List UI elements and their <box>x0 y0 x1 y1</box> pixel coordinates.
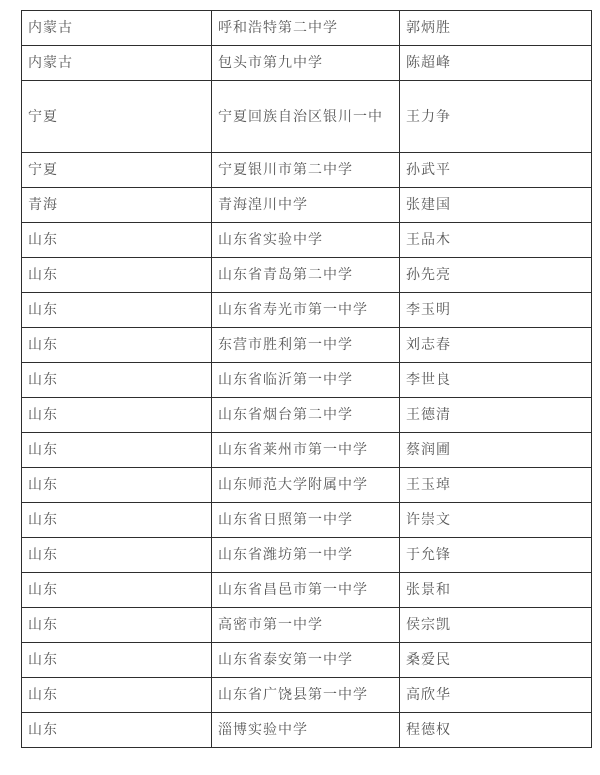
table-row: 山东 东营市胜利第一中学 刘志春 <box>22 328 592 363</box>
name-cell: 王玉琸 <box>400 468 592 503</box>
table-row: 山东 山东省寿光市第一中学 李玉明 <box>22 293 592 328</box>
table-row: 山东 山东省潍坊第一中学 于允锋 <box>22 538 592 573</box>
name-cell: 许崇文 <box>400 503 592 538</box>
province-cell: 内蒙古 <box>22 46 212 81</box>
table-row: 山东 山东省日照第一中学 许崇文 <box>22 503 592 538</box>
school-cell: 山东省寿光市第一中学 <box>212 293 400 328</box>
table-row: 宁夏 宁夏银川市第二中学 孙武平 <box>22 153 592 188</box>
name-cell: 蔡润圃 <box>400 433 592 468</box>
name-cell: 郭炳胜 <box>400 11 592 46</box>
province-cell: 山东 <box>22 608 212 643</box>
name-cell: 孙武平 <box>400 153 592 188</box>
province-cell: 青海 <box>22 188 212 223</box>
school-cell: 宁夏回族自治区银川一中 <box>212 81 400 153</box>
table-row: 山东 山东省昌邑市第一中学 张景和 <box>22 573 592 608</box>
province-cell: 内蒙古 <box>22 11 212 46</box>
table-row: 山东 山东省泰安第一中学 桑爱民 <box>22 643 592 678</box>
school-cell: 山东省莱州市第一中学 <box>212 433 400 468</box>
table-row: 山东 山东师范大学附属中学 王玉琸 <box>22 468 592 503</box>
name-cell: 王品木 <box>400 223 592 258</box>
province-cell: 山东 <box>22 503 212 538</box>
school-cell: 山东省昌邑市第一中学 <box>212 573 400 608</box>
school-cell: 山东省临沂第一中学 <box>212 363 400 398</box>
table-row: 内蒙古 包头市第九中学 陈超峰 <box>22 46 592 81</box>
province-cell: 山东 <box>22 713 212 748</box>
province-cell: 山东 <box>22 538 212 573</box>
name-cell: 王力争 <box>400 81 592 153</box>
school-cell: 青海湟川中学 <box>212 188 400 223</box>
province-cell: 山东 <box>22 223 212 258</box>
school-cell: 高密市第一中学 <box>212 608 400 643</box>
school-cell: 山东师范大学附属中学 <box>212 468 400 503</box>
name-cell: 桑爱民 <box>400 643 592 678</box>
school-cell: 东营市胜利第一中学 <box>212 328 400 363</box>
table-row: 山东 山东省烟台第二中学 王德清 <box>22 398 592 433</box>
province-cell: 山东 <box>22 398 212 433</box>
province-cell: 山东 <box>22 258 212 293</box>
school-cell: 山东省泰安第一中学 <box>212 643 400 678</box>
school-cell: 山东省实验中学 <box>212 223 400 258</box>
school-cell: 山东省日照第一中学 <box>212 503 400 538</box>
table-row: 山东 山东省临沂第一中学 李世良 <box>22 363 592 398</box>
school-cell: 包头市第九中学 <box>212 46 400 81</box>
name-cell: 张景和 <box>400 573 592 608</box>
province-cell: 山东 <box>22 678 212 713</box>
table-row: 山东 山东省实验中学 王品木 <box>22 223 592 258</box>
name-cell: 高欣华 <box>400 678 592 713</box>
name-cell: 于允锋 <box>400 538 592 573</box>
province-cell: 山东 <box>22 433 212 468</box>
name-cell: 刘志春 <box>400 328 592 363</box>
name-cell: 孙先亮 <box>400 258 592 293</box>
name-cell: 陈超峰 <box>400 46 592 81</box>
table-row: 内蒙古 呼和浩特第二中学 郭炳胜 <box>22 11 592 46</box>
table-row: 山东 高密市第一中学 侯宗凯 <box>22 608 592 643</box>
province-cell: 山东 <box>22 643 212 678</box>
school-cell: 山东省烟台第二中学 <box>212 398 400 433</box>
province-cell: 山东 <box>22 328 212 363</box>
school-cell: 宁夏银川市第二中学 <box>212 153 400 188</box>
province-cell: 山东 <box>22 363 212 398</box>
name-cell: 王德清 <box>400 398 592 433</box>
table-row: 山东 山东省青岛第二中学 孙先亮 <box>22 258 592 293</box>
name-cell: 侯宗凯 <box>400 608 592 643</box>
table-row: 青海 青海湟川中学 张建国 <box>22 188 592 223</box>
name-cell: 李世良 <box>400 363 592 398</box>
table-row: 山东 淄博实验中学 程德权 <box>22 713 592 748</box>
province-cell: 山东 <box>22 573 212 608</box>
province-cell: 宁夏 <box>22 81 212 153</box>
school-cell: 山东省广饶县第一中学 <box>212 678 400 713</box>
school-cell: 山东省青岛第二中学 <box>212 258 400 293</box>
principal-list-table-container: 内蒙古 呼和浩特第二中学 郭炳胜 内蒙古 包头市第九中学 陈超峰 宁夏 宁夏回族… <box>21 10 591 748</box>
name-cell: 程德权 <box>400 713 592 748</box>
school-cell: 山东省潍坊第一中学 <box>212 538 400 573</box>
table-row: 宁夏 宁夏回族自治区银川一中 王力争 <box>22 81 592 153</box>
school-cell: 呼和浩特第二中学 <box>212 11 400 46</box>
principal-list-table: 内蒙古 呼和浩特第二中学 郭炳胜 内蒙古 包头市第九中学 陈超峰 宁夏 宁夏回族… <box>21 10 592 748</box>
province-cell: 山东 <box>22 293 212 328</box>
province-cell: 宁夏 <box>22 153 212 188</box>
table-row: 山东 山东省广饶县第一中学 高欣华 <box>22 678 592 713</box>
table-row: 山东 山东省莱州市第一中学 蔡润圃 <box>22 433 592 468</box>
province-cell: 山东 <box>22 468 212 503</box>
school-cell: 淄博实验中学 <box>212 713 400 748</box>
name-cell: 李玉明 <box>400 293 592 328</box>
name-cell: 张建国 <box>400 188 592 223</box>
